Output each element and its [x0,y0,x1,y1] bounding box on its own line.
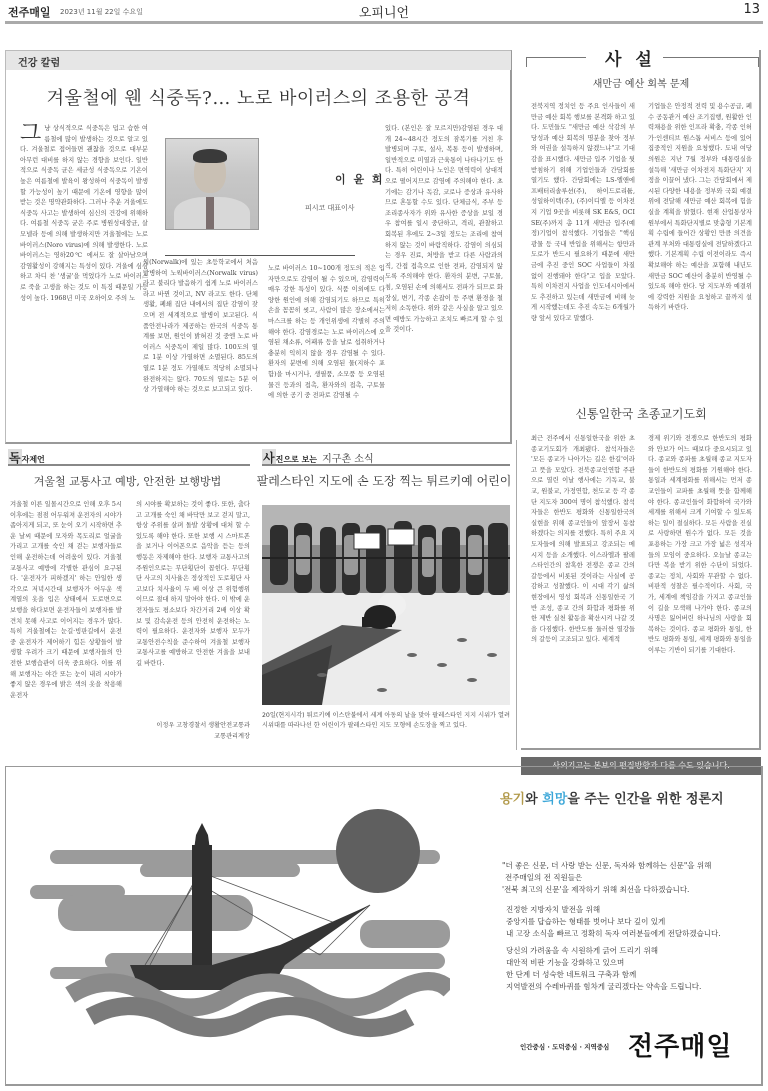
author-title: 피시코 대표이사 [305,203,355,213]
photo-story-rule [262,464,510,466]
editorial-frame-line [526,57,527,67]
ad-headline: 용기와 희망을 주는 인간을 위한 정론지 [500,788,724,807]
ad-paragraph-2: 진정한 지방자치 발전을 위해 중앙지를 답습하는 형태를 벗어나 보다 깊이 … [506,904,721,940]
ad-paragraph-3: 당신의 가려움을 속 시원하게 긁어 드리기 위해 대안적 비판 기능을 강화하… [506,945,701,993]
photo-caption: 20일(현지시각) 튀르키예 이스탄불에서 세계 아동의 날을 맞아 팔레스타인… [262,711,510,731]
editorial-frame-line [758,57,759,67]
news-photo [262,505,510,705]
health-column-text-2: 웍(Norwalk)에 있는 초등학교에서 처음 발병하여 노웍바이러스(Nor… [143,258,258,426]
ad-motto: 인간중심 · 도덕중심 · 지역중심 [520,1042,609,1051]
health-column-text-4: 있다. (본인은 잘 모르지만)감염된 경우 대개 24~48시간 정도의 잠복… [385,124,503,424]
health-column-title: 겨울철에 웬 식중독?… 노로 바이러스의 조용한 공격 [6,84,511,110]
photo-story-title: 팔레스타인 지도에 손 도장 찍는 튀르키예 어린이 [255,472,513,489]
editorial-frame-line [526,57,586,58]
reader-byline: 이정우 고창경찰서 생활안전교통과 교통관리계장 [136,720,250,742]
author-name: 이 윤 희 [335,171,385,187]
editorial-1-title: 새만금 예산 회복 문제 [521,75,761,90]
reader-column-text-2: 의 시야를 확보하는 것이 좋다. 또한, 춥다고 고개를 숙인 채 바닥만 보… [136,500,250,718]
editorial-2-text-1: 최근 전주에서 신통일한국을 위한 초종교기도회가 개최됐다. 참석자들은 '모… [531,434,635,732]
editorial-heading: 사 설 [605,45,656,70]
editorial-2-text-2: 경제 위기와 전쟁으로 한반도의 평화와 안보가 어느 때보다 중요시되고 있다… [648,434,752,732]
editorial-1-text-1: 전북지역 정치인 등 주요 인사들이 새만금 예산 회복 행보를 본격화 하고 … [531,102,635,390]
column-divider [516,440,517,750]
author-divider [165,255,355,256]
reader-column-text-1: 겨울철 이른 일몰시간으로 인해 오후 5시 이후에는 점점 어두워져 운전자의… [10,500,122,750]
dropcap: 그 [20,124,41,144]
ad-logo: 전주매일 [628,1026,732,1063]
health-column-label: 건강 칼럼 [18,54,60,69]
editorial-2-title: 신통일한국 초종교기도회 [521,405,761,422]
ad-paragraph-1: "더 좋은 신문, 더 사랑 받는 신문, 독자와 함께하는 신문"을 위해 전… [502,860,711,896]
header-rule [5,21,763,24]
health-column-text-3: 노로 바이러스 10~100개 정도의 적은 입자만으로도 감염이 될 수 있으… [268,264,385,424]
editorial-1-text-2: 기업들은 안정적 전력 및 용수공급, 폐수 공동관거 예산 조기집행, 원활한… [648,102,752,390]
reader-column-rule [8,464,250,466]
author-photo [165,138,259,230]
page-number: 13 [743,2,760,17]
ship-illustration [30,795,450,1055]
health-column-text-1: 그냥 상식적으로 식중독은 덥고 습한 여름철에 많이 발생하는 것으로 알고 … [20,124,148,424]
reader-column-title: 겨울철 교통사고 예방, 안전한 보행방법 [5,473,250,489]
editorial-frame-line [663,57,758,58]
section-title: 오피니언 [0,2,768,21]
health-column-label-bar: 건강 칼럼 [6,51,511,70]
